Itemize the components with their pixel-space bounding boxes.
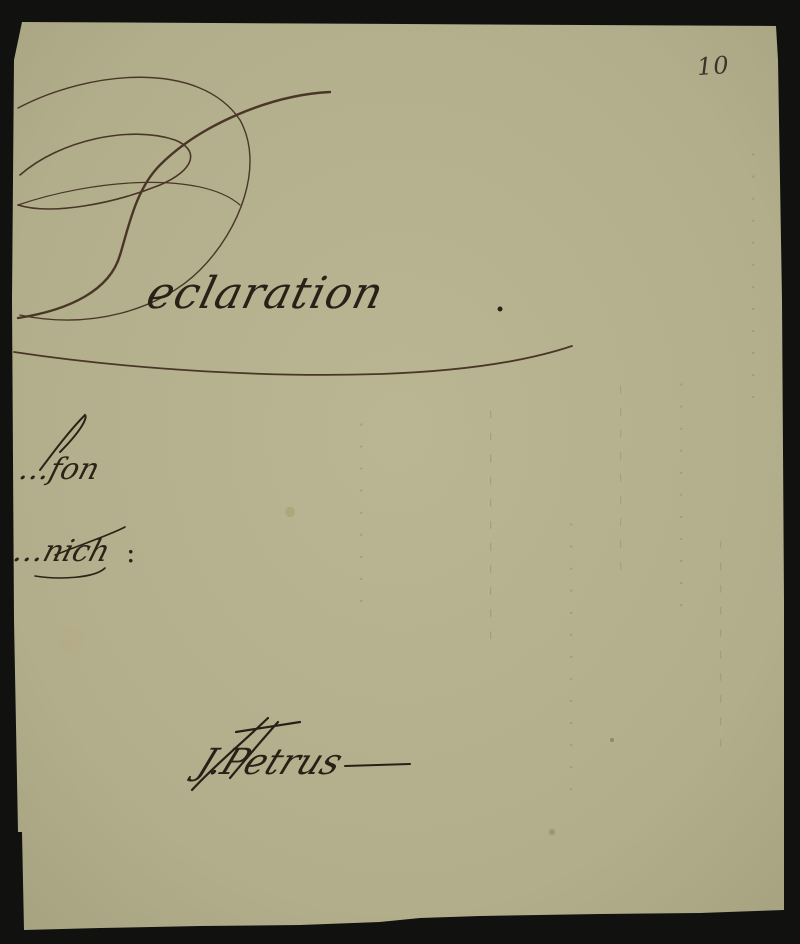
bleed-through-column: · · · · · · · · · · · bbox=[672, 380, 690, 612]
page-number: 10 bbox=[696, 51, 730, 81]
title-declaration: eclaration bbox=[142, 268, 390, 319]
fragment-colon: : bbox=[126, 536, 135, 569]
bleed-through-column: − − − − − − − − − − bbox=[712, 540, 730, 750]
bleed-through-column: · · · · · · · · · · · · bbox=[744, 150, 762, 404]
bleed-through-column: − − − − − − − − − − − bbox=[482, 410, 500, 642]
scanned-page: 10 eclaration . …fon …nich : J.Petrus · … bbox=[0, 0, 800, 944]
title-period: . bbox=[494, 276, 506, 320]
signature: J.Petrus bbox=[192, 742, 349, 783]
left-margin-fragment-2: …nich bbox=[9, 534, 114, 569]
bleed-through-column: − − − − − − − − − bbox=[612, 385, 630, 573]
bleed-through-column: · · · · · · · · · bbox=[352, 420, 370, 608]
left-margin-fragment-1: …fon bbox=[15, 452, 104, 487]
bleed-through-column: · · · · · · · · · · · · · bbox=[562, 520, 580, 796]
